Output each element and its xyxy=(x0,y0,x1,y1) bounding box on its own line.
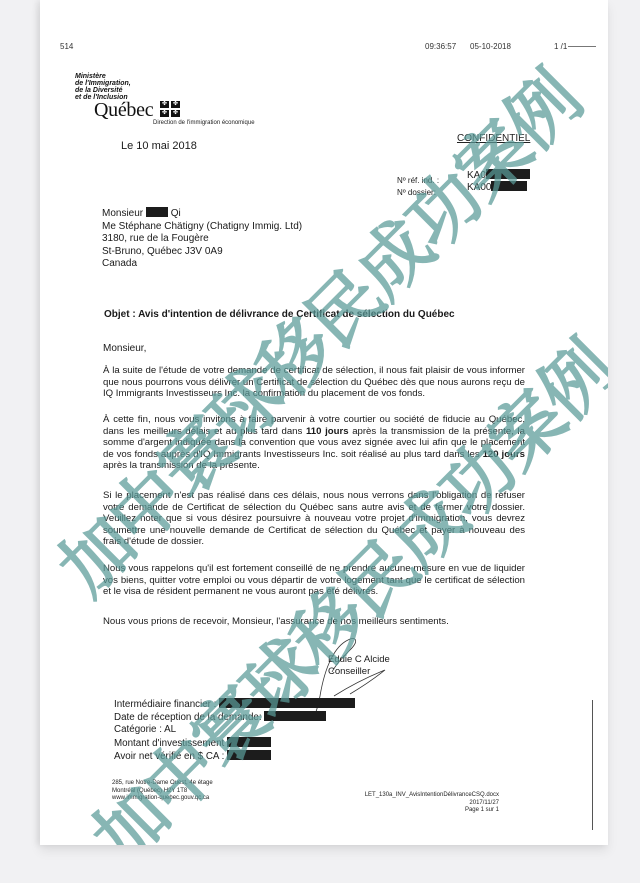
quebec-logo-wordmark: Québec xyxy=(94,99,153,122)
document-reference-footer: LET_130a_INV_AvisIntentionDélivranceCSQ.… xyxy=(365,792,499,815)
paragraph-2: À cette fin, nous vous invitons à faire … xyxy=(103,414,525,472)
footer-address-line: Montréal (Québec) H2Y 1T8 xyxy=(112,788,213,796)
dossier-row: Nº dossier: KA00 xyxy=(397,182,439,194)
fax-time: 09:36:57 xyxy=(425,42,456,51)
field-label: Date de réception de la demande: xyxy=(114,712,262,723)
reference-prefix: KA0 xyxy=(467,170,486,181)
dossier-prefix: KA00 xyxy=(467,182,491,193)
application-details: Intermédiaire financier : Date de récept… xyxy=(114,698,355,763)
document-date: 2017/11/27 xyxy=(365,800,499,808)
document-filename: LET_130a_INV_AvisIntentionDélivranceCSQ.… xyxy=(365,792,499,800)
ministry-address-footer: 285, rue Notre-Dame Ouest, 4e étage Mont… xyxy=(112,780,213,803)
recipient-line: St-Bruno, Québec J3V 0A9 xyxy=(102,246,302,259)
page-number: Page 1 sur 1 xyxy=(365,807,499,815)
recipient-line: Canada xyxy=(102,258,302,271)
fax-page-count: 1 /1 xyxy=(554,42,596,51)
reference-value: KA0 xyxy=(467,169,530,181)
field-label: Intermédiaire financier : xyxy=(114,699,216,710)
confidential-label: CONFIDENTIEL xyxy=(457,133,530,144)
redaction-bar xyxy=(227,750,271,760)
dossier-label: Nº dossier: xyxy=(397,188,436,197)
category-value: AL xyxy=(164,724,176,735)
quebec-flag-logo: ✤ ✤ ✤ ✤ xyxy=(160,101,180,117)
fleur-de-lis-icon: ✤ xyxy=(160,110,169,117)
dossier-value: KA00 xyxy=(467,181,527,193)
recipient-title: Monsieur xyxy=(102,208,143,219)
field-label: Montant d'investissement xyxy=(114,738,224,749)
redaction-bar xyxy=(486,169,530,179)
ministry-line: Ministère xyxy=(75,73,131,80)
ministry-line: de l'Immigration, xyxy=(75,80,131,87)
recipient-line: 3180, rue de la Fougère xyxy=(102,233,302,246)
fleur-de-lis-icon: ✤ xyxy=(160,101,169,108)
recipient-name: Monsieur Qi xyxy=(102,207,302,221)
fax-station-number: 514 xyxy=(60,42,73,51)
field-row: Intermédiaire financier : xyxy=(114,698,355,711)
paragraph-4: Nous vous rappelons qu'il est fortement … xyxy=(103,563,525,598)
ministry-name: Ministère de l'Immigration, de la Divers… xyxy=(75,73,131,101)
signatory-block: Eddie C Alcide Conseiller xyxy=(328,654,390,677)
signatory-name: Eddie C Alcide xyxy=(328,654,390,666)
field-row: Date de réception de la demande: xyxy=(114,711,355,724)
field-label: Avoir net vérifié en $ CA : xyxy=(114,751,224,762)
paragraph-1: À la suite de l'étude de votre demande d… xyxy=(103,365,525,400)
letter-date: Le 10 mai 2018 xyxy=(121,140,197,152)
redaction-bar xyxy=(264,711,326,721)
field-row: Avoir net vérifié en $ CA : xyxy=(114,750,355,763)
reference-block: Nº réf. ind. : KA0 Nº dossier: KA00 xyxy=(397,170,439,194)
fax-date: 05-10-2018 xyxy=(470,42,511,51)
fleur-de-lis-icon: ✤ xyxy=(171,101,180,108)
fax-page-text: 1 /1 xyxy=(554,42,567,51)
fax-underline xyxy=(568,46,596,47)
redaction-bar xyxy=(227,737,271,747)
deadline-110-days: 110 jours xyxy=(306,426,349,437)
recipient-line: Me Stéphane Chätigny (Chatigny Immig. Lt… xyxy=(102,221,302,234)
field-row: Montant d'investissement xyxy=(114,737,355,750)
recipient-surname: Qi xyxy=(171,208,181,219)
subject-line: Objet : Avis d'intention de délivrance d… xyxy=(104,309,455,320)
letter-page: 514 09:36:57 05-10-2018 1 /1 Ministère d… xyxy=(40,0,608,845)
field-label: Catégorie : xyxy=(114,724,162,735)
paragraph-3: Si le placement n'est pas réalisé dans c… xyxy=(103,490,525,548)
field-row: Catégorie : AL xyxy=(114,724,355,736)
scan-edge-line xyxy=(592,700,593,830)
signatory-title: Conseiller xyxy=(328,666,390,678)
recipient-address: Monsieur Qi Me Stéphane Chätigny (Chatig… xyxy=(102,207,302,271)
greeting: Monsieur, xyxy=(103,343,146,356)
p2-text: après la transmission de la présente. xyxy=(103,460,260,471)
deadline-120-days: 120 jours xyxy=(483,449,525,460)
reference-row: Nº réf. ind. : KA0 xyxy=(397,170,439,182)
footer-website: www.immigration-quebec.gouv.qc.ca xyxy=(112,795,213,803)
footer-address-line: 285, rue Notre-Dame Ouest, 4e étage xyxy=(112,780,213,788)
fleur-de-lis-icon: ✤ xyxy=(171,110,180,117)
redaction-bar xyxy=(146,207,168,217)
paragraph-5: Nous vous prions de recevoir, Monsieur, … xyxy=(103,616,525,628)
ministry-line: de la Diversité xyxy=(75,87,131,94)
redaction-bar xyxy=(219,698,355,708)
direction-name: Direction de l'immigration économique xyxy=(153,120,255,126)
redaction-bar xyxy=(491,181,527,191)
